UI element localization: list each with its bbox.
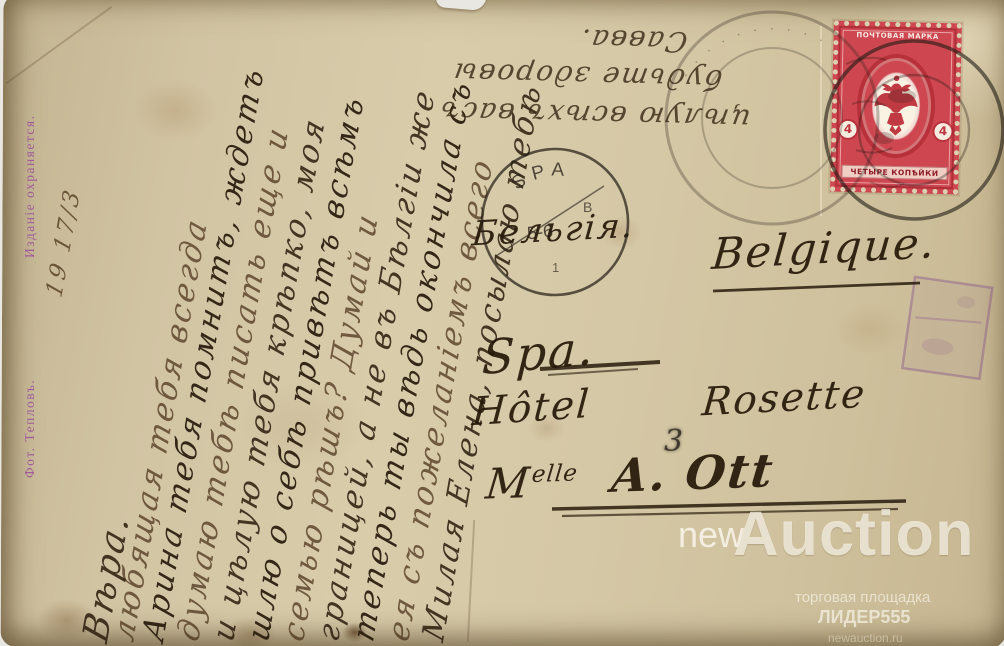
postcard-scan: ПОЧТОВАЯ МАРКА 4 4 ЧЕТЫРЕ КОПѢЙКИ Милая … xyxy=(0,0,1004,646)
recipient-title-sup: elle xyxy=(530,460,579,488)
postal-mark-digit: 3 xyxy=(664,424,683,459)
address-hotel-name: Rosette xyxy=(700,372,868,426)
watermark-name: Auction xyxy=(733,498,974,570)
watermark-tagline: торговая площадка xyxy=(795,589,930,606)
address-recipient-title: Melle xyxy=(483,456,579,508)
imperial-eagle-icon xyxy=(869,69,923,142)
publisher-imprint-bottom: Фот. Тепловъ. xyxy=(22,379,38,478)
postage-stamp: ПОЧТОВАЯ МАРКА 4 4 ЧЕТЫРЕ КОПѢЙКИ xyxy=(830,21,962,195)
note-line: будьте здоровы xyxy=(459,57,724,97)
recipient-title-initial: M xyxy=(483,458,533,509)
address-city: Spa. xyxy=(481,321,597,386)
stamp-oval xyxy=(863,60,929,151)
fold-highlight xyxy=(820,26,822,216)
publisher-imprint-top: Изданіе охраняется. xyxy=(22,114,38,258)
stamp-footer-text: ЧЕТЫРЕ КОПѢЙКИ xyxy=(841,165,947,180)
note-line: Савва. xyxy=(545,22,720,59)
watermark-url: newauction.ru xyxy=(828,631,903,645)
address-hotel: Hôtel xyxy=(471,382,593,436)
address-recipient-name: A. Ott xyxy=(609,443,777,503)
watermark-brand: ЛИДЕР555 xyxy=(818,607,910,628)
